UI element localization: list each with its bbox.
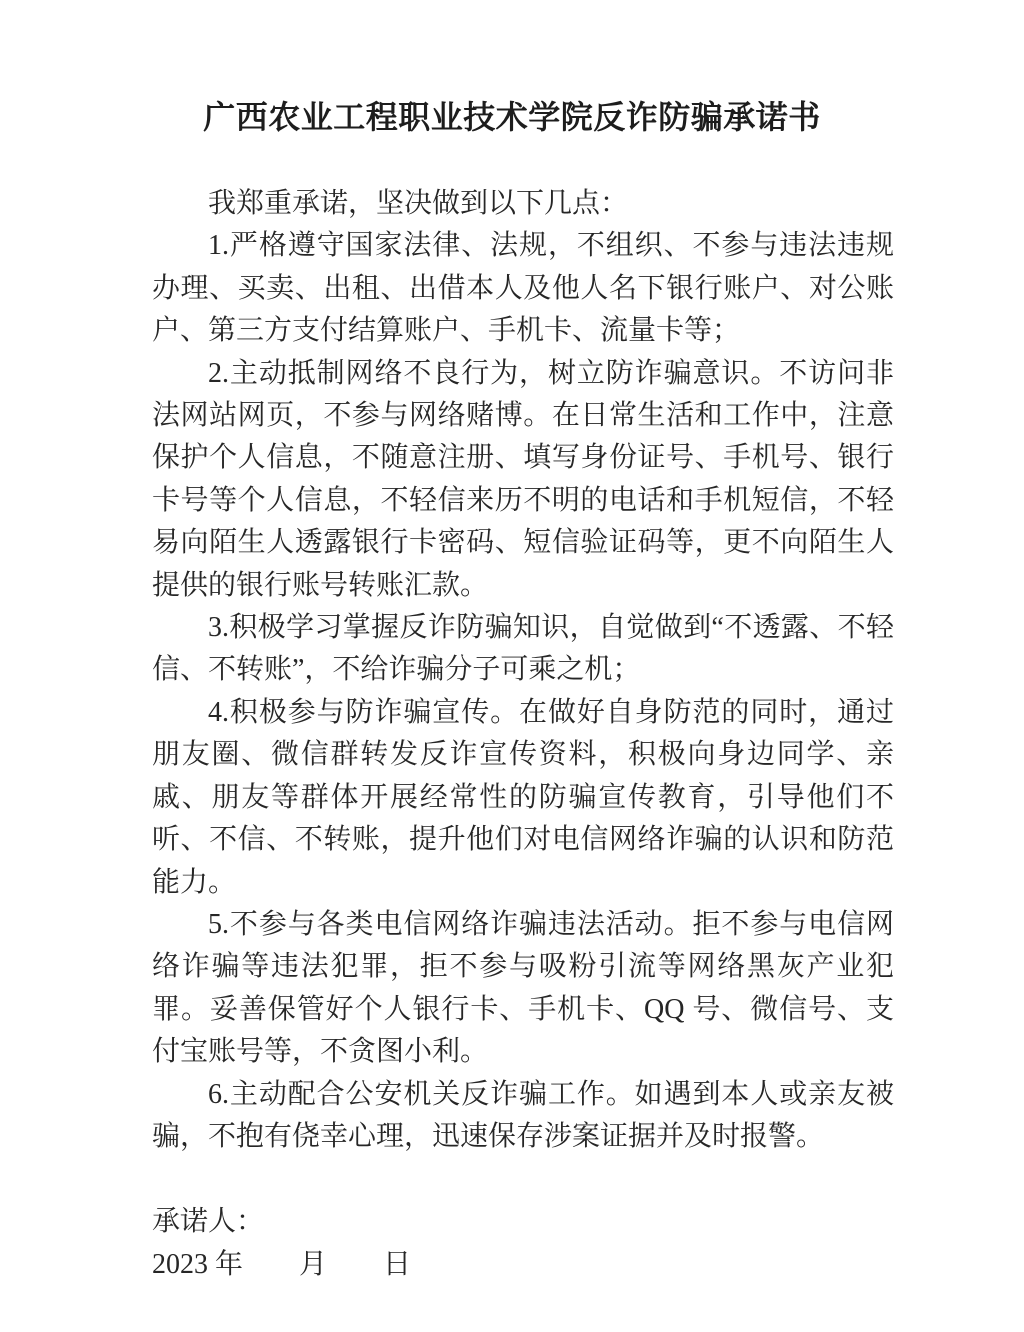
body-paragraph-3: 3.积极学习掌握反诈防骗知识，自觉做到“不透露、不轻信、不转账”，不给诈骗分子可… (152, 607, 894, 692)
body-paragraph-6: 6.主动配合公安机关反诈骗工作。如遇到本人或亲友被骗，不抱有侥幸心理，迅速保存涉… (152, 1074, 894, 1159)
document-title: 广西农业工程职业技术学院反诈防骗承诺书 (0, 97, 1024, 137)
document-page: 广西农业工程职业技术学院反诈防骗承诺书 我郑重承诺，坚决做到以下几点： 1.严格… (0, 0, 1024, 1332)
body-paragraph-1: 1.严格遵守国家法律、法规，不组织、不参与违法违规办理、买卖、出租、出借本人及他… (152, 225, 894, 352)
signer-line: 承诺人： (152, 1200, 894, 1243)
date-line: 2023 年 月 日 (152, 1243, 894, 1286)
document-body: 我郑重承诺，坚决做到以下几点： 1.严格遵守国家法律、法规，不组织、不参与违法违… (152, 183, 894, 1158)
body-paragraph-2: 2.主动抵制网络不良行为，树立防诈骗意识。不访问非法网站网页，不参与网络赌博。在… (152, 353, 894, 607)
document-footer: 承诺人： 2023 年 月 日 (152, 1200, 894, 1286)
intro-paragraph: 我郑重承诺，坚决做到以下几点： (152, 183, 894, 225)
body-paragraph-5: 5.不参与各类电信网络诈骗违法活动。拒不参与电信网络诈骗等违法犯罪，拒不参与吸粉… (152, 904, 894, 1074)
body-paragraph-4: 4.积极参与防诈骗宣传。在做好自身防范的同时，通过朋友圈、微信群转发反诈宣传资料… (152, 692, 894, 904)
